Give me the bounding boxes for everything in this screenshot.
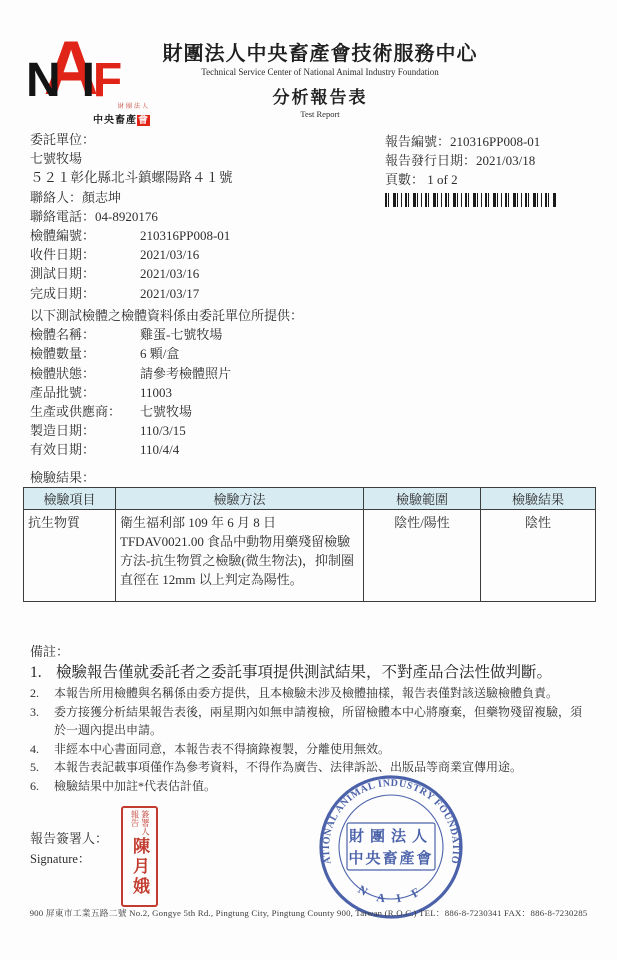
note-item-5: 5. 本報告表記載事項僅作為參考資料，不得作為廣告、法律訴訟、出版品等商業宣傳用…: [30, 758, 592, 777]
test-date-row: 測試日期： 2021/03/16: [30, 264, 233, 283]
signer-stamp-title: 報告 簽署人: [130, 810, 150, 836]
report-issue-date: 報告發行日期：2021/03/18: [385, 151, 540, 170]
signer-stamp: 報告 簽署人 陳月娥: [121, 806, 158, 907]
sample-intro: 以下測試檢體之檢體資料係由委託單位所提供：: [30, 306, 303, 325]
cell-test-range: 陰性/陽性: [364, 510, 481, 602]
client-unit-name: 七號牧場: [30, 149, 233, 168]
note-item-1: 1. 檢驗報告僅就委託者之委託事項提供測試結果，不對產品合法性做判斷。: [30, 662, 592, 684]
header-test-result: 檢驗結果: [481, 488, 596, 510]
report-pages: 頁數： 1 of 2: [385, 170, 540, 189]
test-report-page: N A I F 財團法人 中央畜產會 財團法人中央畜產會技術服務中心 Techn…: [0, 0, 617, 960]
client-contact: 聯絡人：顏志坤: [30, 188, 233, 207]
seal-naif-text: N A I F: [356, 882, 427, 906]
logo-letter-f: F: [93, 61, 120, 100]
notes-section: 備註： 1. 檢驗報告僅就委託者之委託事項提供測試結果，不對產品合法性做判斷。 …: [30, 641, 592, 796]
logo-letter-n: N: [26, 61, 59, 100]
client-phone: 聯絡電話：04-8920176: [30, 207, 233, 226]
signature-label-en: Signature：: [30, 849, 108, 870]
results-table: 檢驗項目 檢驗方法 檢驗範圍 檢驗結果 抗生物質 衛生福利部 109 年 6 月…: [23, 487, 596, 602]
sample-id-row: 檢體編號： 210316PP008-01: [30, 226, 233, 245]
results-section-title: 檢驗結果：: [30, 467, 95, 486]
receive-date-row: 收件日期： 2021/03/16: [30, 245, 233, 264]
logo-subtext-line2: 中央畜產會: [26, 111, 150, 126]
report-title-en: Test Report: [135, 109, 505, 119]
signature-label-zh: 報告簽署人：: [30, 828, 108, 849]
mfg-date-row: 製造日期： 110/3/15: [30, 421, 303, 440]
supplier-row: 生產或供應商： 七號牧場: [30, 402, 303, 421]
org-name-en: Technical Service Center of National Ani…: [135, 67, 505, 77]
client-unit-label: 委託單位：: [30, 130, 233, 149]
cell-test-method: 衛生福利部 109 年 6 月 8 日TFDAV0021.00 食品中動物用藥殘…: [116, 510, 364, 602]
header-title-block: 財團法人中央畜產會技術服務中心 Technical Service Center…: [135, 37, 505, 119]
header-test-method: 檢驗方法: [116, 488, 364, 510]
results-data-row: 抗生物質 衛生福利部 109 年 6 月 8 日TFDAV0021.00 食品中…: [24, 510, 596, 602]
org-name-zh: 財團法人中央畜產會技術服務中心: [135, 37, 505, 66]
barcode: [385, 193, 557, 207]
report-meta: 報告編號：210316PP008-01 報告發行日期：2021/03/18 頁數…: [385, 132, 540, 190]
client-address: ５２１彰化縣北斗鎮螺陽路４１號: [30, 168, 233, 187]
sample-name-row: 檢體名稱： 雞蛋-七號牧場: [30, 325, 303, 344]
sample-info: 以下測試檢體之檢體資料係由委託單位所提供： 檢體名稱： 雞蛋-七號牧場 檢體數量…: [30, 306, 303, 460]
cell-test-item: 抗生物質: [24, 510, 116, 602]
footer-address: 900 屏東市工業五路二號 No.2, Gongye 5th Rd., Ping…: [0, 906, 617, 919]
complete-date-row: 完成日期： 2021/03/17: [30, 284, 233, 303]
notes-title: 備註：: [30, 641, 592, 660]
header-test-item: 檢驗項目: [24, 488, 116, 510]
header-test-range: 檢驗範圍: [364, 488, 481, 510]
sample-qty-row: 檢體數量： 6 顆/盒: [30, 344, 303, 363]
seal-inner-ring: [339, 795, 443, 899]
logo-letter-i: I: [82, 61, 93, 100]
cell-test-result: 陰性: [481, 510, 596, 602]
foundation-seal: NATIONAL ANIMAL INDUSTRY FOUNDATION N A …: [316, 772, 466, 922]
report-number: 報告編號：210316PP008-01: [385, 132, 540, 151]
seal-naif-text-wrap: N A I F: [356, 882, 427, 906]
note-item-2: 2. 本報告所用檢體與名稱係由委方提供，且本檢驗未涉及檢體抽樣，報告表僅對該送驗…: [30, 684, 592, 703]
note-item-4: 4. 非經本中心書面同意，本報告表不得摘錄複製，分離使用無效。: [30, 740, 592, 759]
note-item-6: 6. 檢驗結果中加註*代表估計值。: [30, 777, 592, 796]
signature-block: 報告簽署人： Signature：: [30, 828, 108, 870]
client-info: 委託單位： 七號牧場 ５２１彰化縣北斗鎮螺陽路４１號 聯絡人：顏志坤 聯絡電話：…: [30, 130, 233, 303]
expiry-date-row: 有效日期： 110/4/4: [30, 440, 303, 459]
batch-no-row: 產品批號： 11003: [30, 383, 303, 402]
report-title-zh: 分析報告表: [135, 83, 505, 108]
results-header-row: 檢驗項目 檢驗方法 檢驗範圍 檢驗結果: [24, 488, 596, 510]
seal-center-line2: 中央畜產會: [348, 849, 433, 867]
seal-center-line1: 財團法人: [349, 827, 433, 845]
sample-state-row: 檢體狀態： 請參考檢體照片: [30, 364, 303, 383]
signer-stamp-name: 陳月娥: [127, 837, 152, 897]
note-item-3: 3. 委方接獲分析結果報告表後，兩星期內如無申請複檢，所留檢體本中心將廢棄，但藥…: [30, 703, 592, 740]
